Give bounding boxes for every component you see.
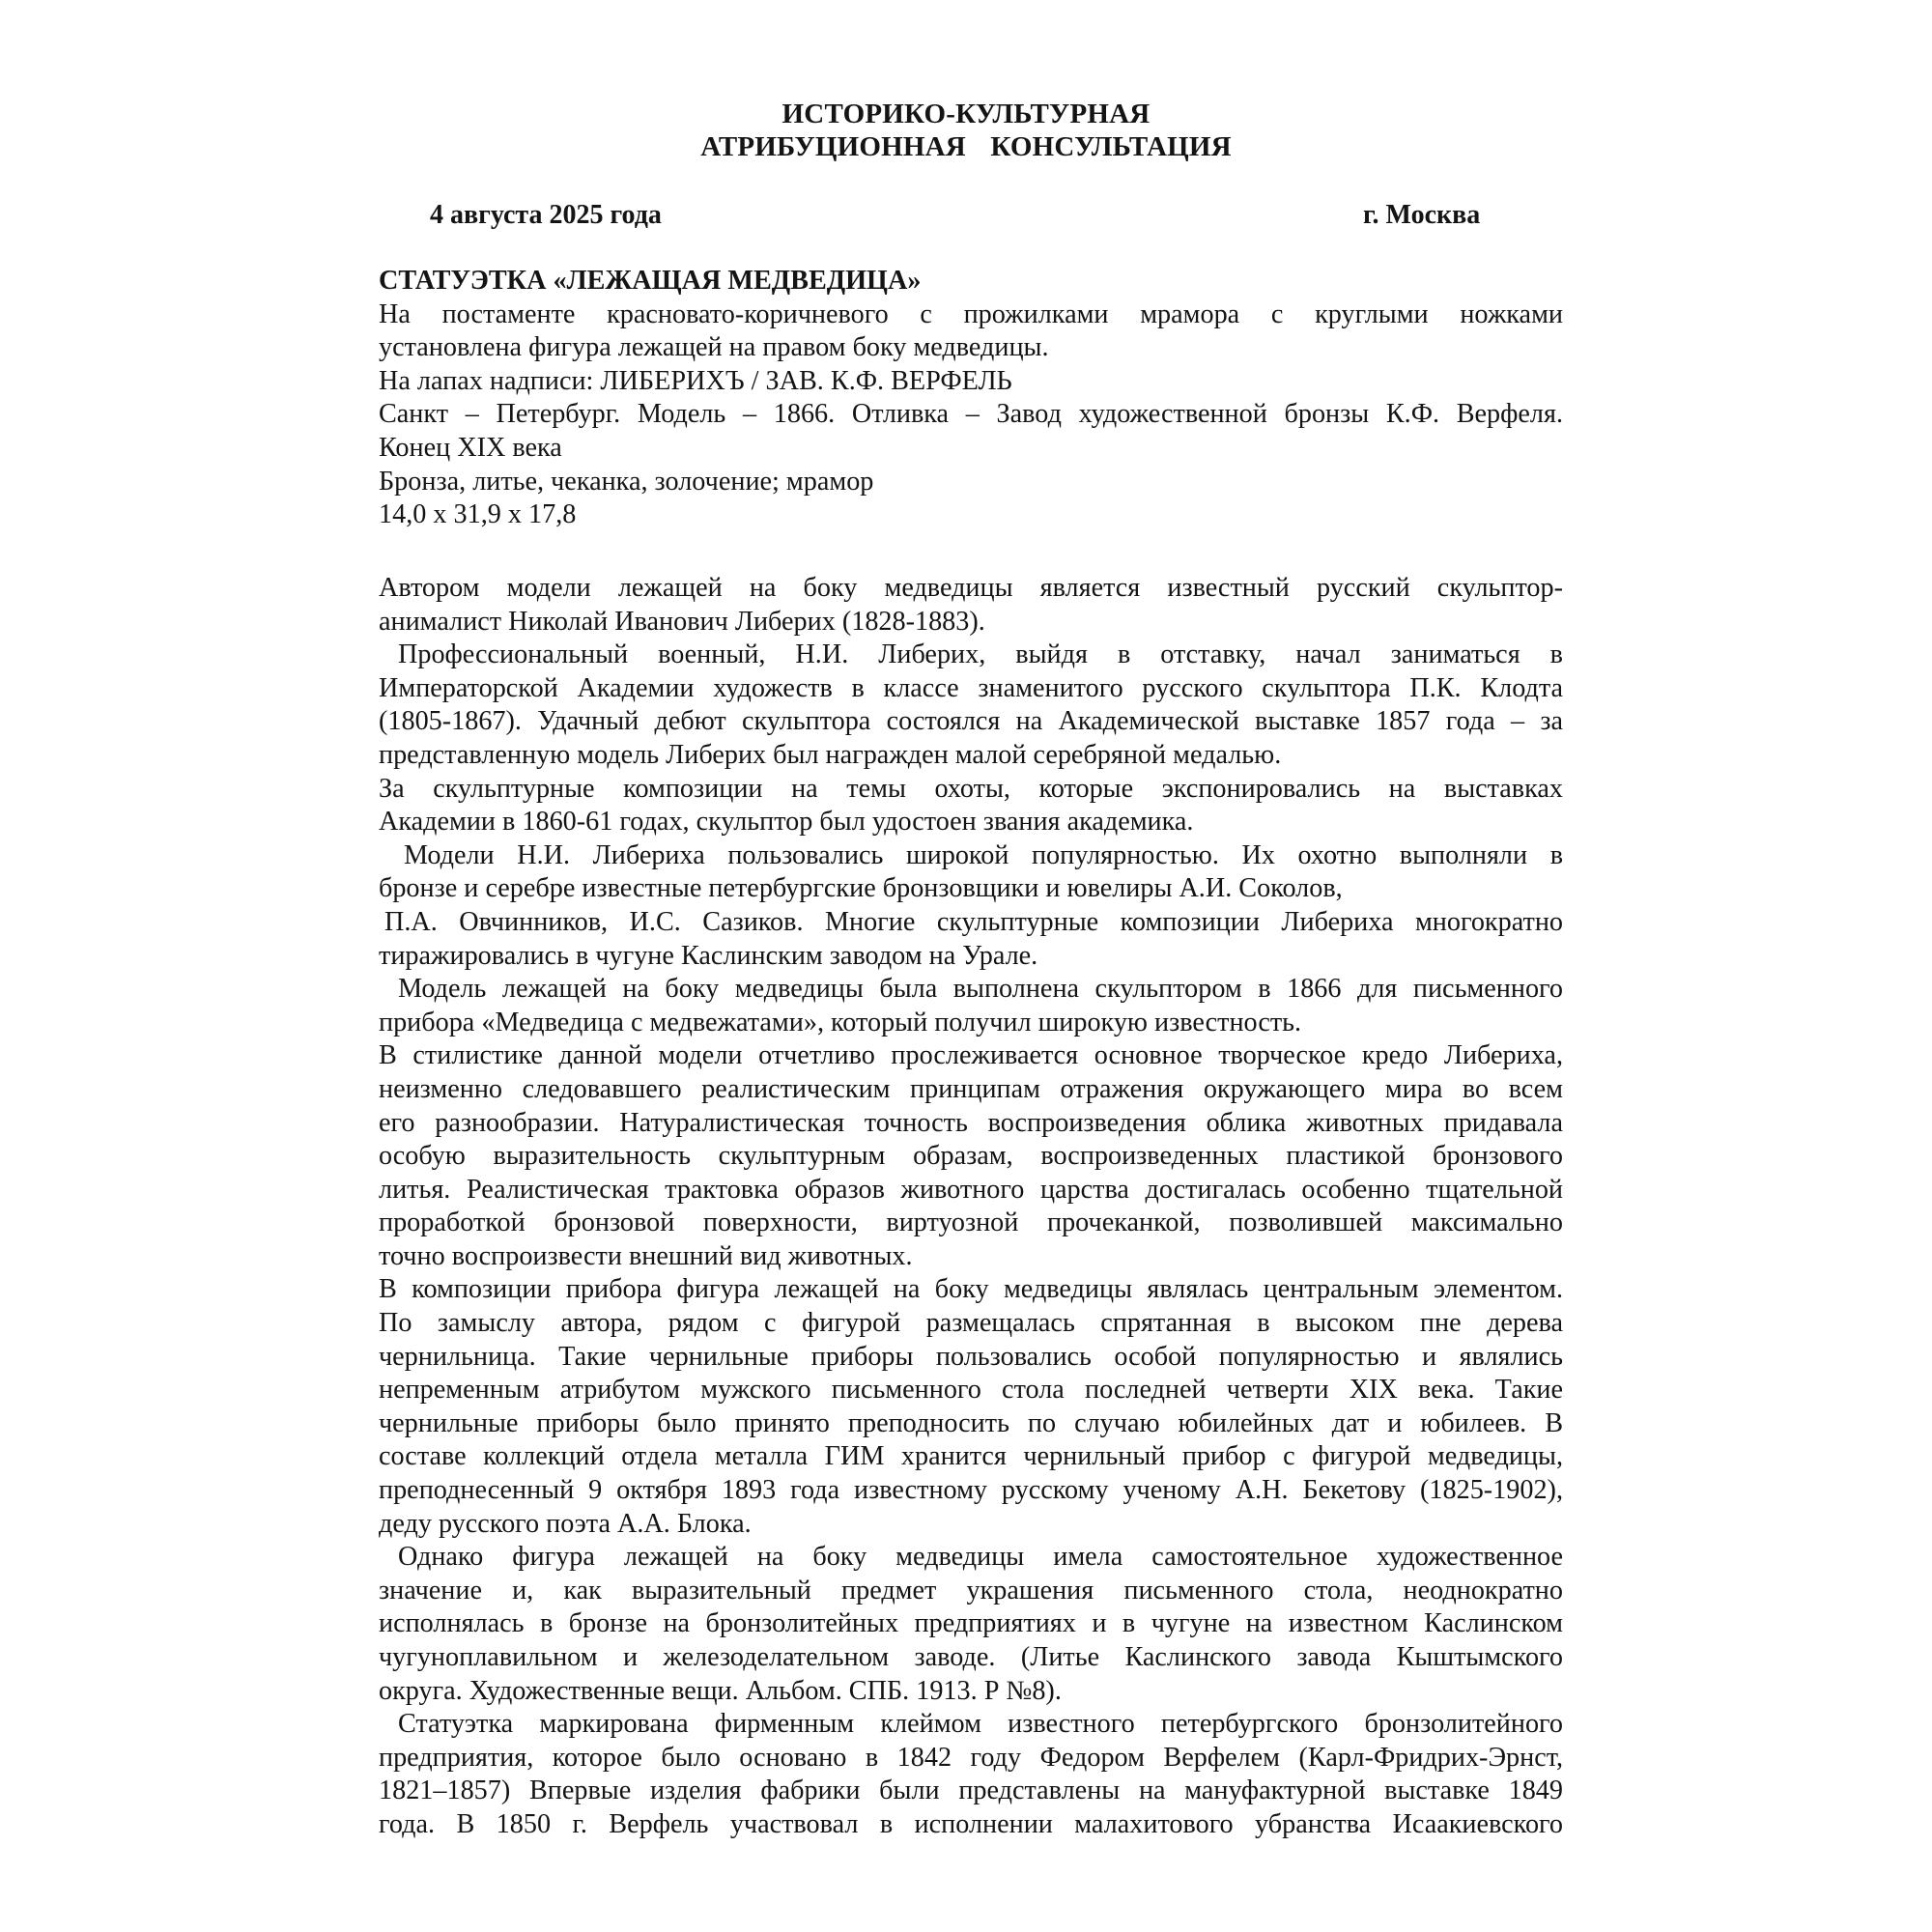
text-line: непременным атрибутом мужского письменно… [379, 1374, 1563, 1407]
object-line: установлена фигура лежащей на правом бок… [379, 331, 1563, 365]
text-line: округа. Художественные вещи. Альбом. СПБ… [379, 1675, 1563, 1709]
text-line: литья. Реалистическая трактовка образов … [379, 1174, 1563, 1207]
text-line: Профессиональный военный, Н.И. Либерих, … [379, 639, 1563, 672]
document-title-line2: АТРИБУЦИОННАЯ КОНСУЛЬТАЦИЯ [0, 129, 1932, 164]
text-line: особую выразительность скульптурным обра… [379, 1140, 1563, 1174]
text-line: чугуноплавильном и железоделательном зав… [379, 1641, 1563, 1675]
object-inscription: На лапах надписи: ЛИБЕРИХЪ / ЗАВ. К.Ф. В… [379, 365, 1563, 399]
text-line: чернильница. Такие чернильные приборы по… [379, 1341, 1563, 1375]
object-dimensions: 14,0 x 31,9 x 17,8 [379, 498, 1563, 532]
object-materials: Бронза, литье, чеканка, золочение; мрамо… [379, 466, 1563, 499]
text-line: (1805-1867). Удачный дебют скульптора со… [379, 705, 1563, 739]
text-line: тиражировались в чугуне Каслинским завод… [379, 940, 1563, 974]
text-line: предприятия, которое было основано в 184… [379, 1742, 1563, 1776]
text-line: представленную модель Либерих был награж… [379, 739, 1563, 773]
document-city: г. Москва [1363, 199, 1480, 232]
document-page: ИСТОРИКО-КУЛЬТУРНАЯ АТРИБУЦИОННАЯ КОНСУЛ… [0, 0, 1932, 1932]
text-line: составе коллекций отдела металла ГИМ хра… [379, 1440, 1563, 1474]
text-line: бронзе и серебре известные петербургские… [379, 872, 1563, 906]
object-line: На постаменте красновато-коричневого с п… [379, 298, 1563, 332]
document-title-line1: ИСТОРИКО-КУЛЬТУРНАЯ [0, 97, 1932, 131]
text-line: Однако фигура лежащей на боку медведицы … [379, 1541, 1563, 1575]
text-line: Статуэтка маркирована фирменным клеймом … [379, 1708, 1563, 1742]
object-heading: СТАТУЭТКА «ЛЕЖАЩАЯ МЕДВЕДИЦА» [379, 265, 1563, 298]
text-line: проработкой бронзовой поверхности, вирту… [379, 1207, 1563, 1240]
text-line: 1821–1857) Впервые изделия фабрики были … [379, 1775, 1563, 1808]
text-line: деду русского поэта А.А. Блока. [379, 1508, 1563, 1542]
text-line: За скульптурные композиции на темы охоты… [379, 773, 1563, 807]
object-description: СТАТУЭТКА «ЛЕЖАЩАЯ МЕДВЕДИЦА» На постаме… [379, 265, 1563, 532]
text-line: исполнялась в бронзе на бронзолитейных п… [379, 1607, 1563, 1641]
object-origin: Санкт – Петербург. Модель – 1866. Отливк… [379, 398, 1563, 432]
text-line: Модели Н.И. Либериха пользовались широко… [379, 839, 1563, 873]
text-line: прибора «Медведица с медвежатами», котор… [379, 1007, 1563, 1040]
text-line: анималист Николай Иванович Либерих (1828… [379, 606, 1563, 639]
text-line: неизменно следовавшего реалистическим пр… [379, 1073, 1563, 1107]
attribution-text: Автором модели лежащей на боку медведицы… [379, 572, 1563, 1842]
document-date: 4 августа 2025 года [430, 199, 662, 232]
text-line: точно воспроизвести внешний вид животных… [379, 1240, 1563, 1274]
text-line: его разнообразии. Натуралистическая точн… [379, 1107, 1563, 1141]
object-dating: Конец XIX века [379, 432, 1563, 466]
text-line: года. В 1850 г. Верфель участвовал в исп… [379, 1808, 1563, 1842]
text-line: Академии в 1860-61 годах, скульптор был … [379, 806, 1563, 839]
text-line: В композиции прибора фигура лежащей на б… [379, 1273, 1563, 1307]
text-line: значение и, как выразительный предмет ук… [379, 1575, 1563, 1608]
text-line: Модель лежащей на боку медведицы была вы… [379, 973, 1563, 1007]
text-line: Автором модели лежащей на боку медведицы… [379, 572, 1563, 606]
text-line: По замыслу автора, рядом с фигурой разме… [379, 1307, 1563, 1341]
text-line: В стилистике данной модели отчетливо про… [379, 1039, 1563, 1073]
text-line: чернильные приборы было принято преподно… [379, 1407, 1563, 1441]
text-line: преподнесенный 9 октября 1893 года извес… [379, 1474, 1563, 1508]
text-line: П.А. Овчинников, И.С. Сазиков. Многие ск… [379, 906, 1563, 940]
text-line: Императорской Академии художеств в класс… [379, 672, 1563, 706]
